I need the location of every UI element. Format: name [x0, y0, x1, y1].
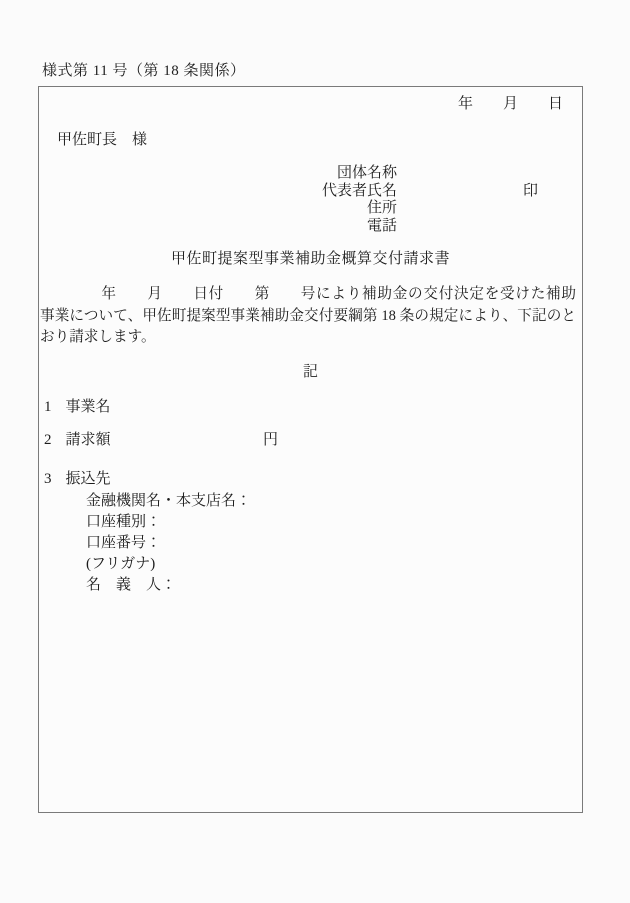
item-3-label: 振込先 — [66, 471, 111, 487]
phone-label: 電話 — [279, 218, 397, 236]
account-holder-line: 名 義 人： — [86, 575, 251, 596]
item-transfer-account: 3振込先 — [44, 470, 111, 489]
form-number-label: 様式第 11 号（第 18 条関係） — [42, 62, 245, 81]
ki-heading: 記 — [39, 363, 582, 382]
item-request-amount: 2請求額 円 — [44, 431, 444, 450]
request-paragraph-line-2: 事業について、甲佐町提案型事業補助金交付要綱第 18 条の規定により、下記のと — [40, 306, 576, 328]
item-3-number: 3 — [44, 471, 52, 487]
item-1-number: 1 — [44, 399, 52, 415]
applicant-block: 団体名称 代表者氏名 住所 電話 — [279, 165, 397, 235]
document-title: 甲佐町提案型事業補助金概算交付請求書 — [39, 250, 582, 269]
document-border-box: 年 月 日 甲佐町長 様 団体名称 代表者氏名 住所 電話 印 甲佐町提案型事業… — [38, 86, 583, 813]
bank-name-line: 金融機関名・本支店名： — [86, 491, 251, 512]
item-1-label: 事業名 — [66, 399, 111, 415]
seal-mark: 印 — [523, 183, 538, 201]
account-number-line: 口座番号： — [86, 533, 251, 554]
transfer-account-details: 金融機関名・本支店名： 口座種別： 口座番号： (フリガナ) 名 義 人： — [86, 491, 251, 596]
org-name-label: 団体名称 — [279, 165, 397, 183]
item-2-label: 請求額 — [66, 432, 111, 448]
request-paragraph-line-3: おり請求します。 — [40, 327, 576, 349]
address-label: 住所 — [279, 200, 397, 218]
request-paragraph: 年 月 日付 第 号により補助金の交付決定を受けた補助 事業について、甲佐町提案… — [40, 284, 576, 349]
item-2-number: 2 — [44, 432, 52, 448]
furigana-line: (フリガナ) — [86, 554, 251, 575]
document-page: 様式第 11 号（第 18 条関係） 年 月 日 甲佐町長 様 団体名称 代表者… — [0, 0, 630, 903]
account-type-line: 口座種別： — [86, 512, 251, 533]
currency-unit-label: 円 — [263, 431, 278, 450]
request-paragraph-line-1: 年 月 日付 第 号により補助金の交付決定を受けた補助 — [40, 284, 576, 306]
date-line: 年 月 日 — [39, 95, 582, 114]
addressee: 甲佐町長 様 — [57, 131, 147, 150]
item-project-name: 1事業名 — [44, 398, 111, 417]
representative-name-label: 代表者氏名 — [279, 183, 397, 201]
